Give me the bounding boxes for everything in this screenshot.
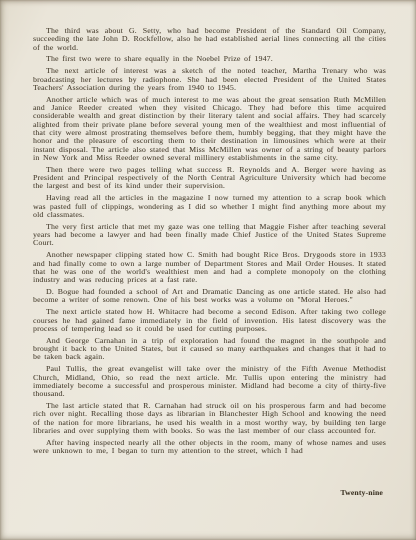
- paragraph: Paul Tullis, the great evangelist will t…: [33, 365, 386, 398]
- paragraph: And George Carnahan in a trip of explora…: [33, 337, 386, 362]
- paragraph: Then there were two pages telling what s…: [33, 166, 386, 191]
- paragraph: The third was about G. Setty, who had be…: [33, 27, 386, 52]
- page-number: Twenty-nine: [340, 488, 383, 497]
- paragraph: After having inspected nearly all the ot…: [33, 439, 386, 456]
- paragraph: The last article stated that R. Carnahan…: [33, 402, 386, 435]
- page-text: The third was about G. Setty, who had be…: [33, 27, 386, 459]
- paragraph: Another newspaper clipping stated how C.…: [33, 251, 386, 284]
- paragraph: Another article which was of much intere…: [33, 96, 386, 162]
- paragraph: The next article stated how H. Whitacre …: [33, 308, 386, 333]
- paragraph: D. Bogue had founded a school of Art and…: [33, 288, 386, 305]
- paragraph: The first two were to share equally in t…: [33, 55, 386, 63]
- paragraph: The next article of interest was a sketc…: [33, 67, 386, 92]
- paragraph: Having read all the articles in the maga…: [33, 194, 386, 219]
- paragraph: The very first article that met my gaze …: [33, 223, 386, 248]
- book-page: The third was about G. Setty, who had be…: [0, 0, 416, 540]
